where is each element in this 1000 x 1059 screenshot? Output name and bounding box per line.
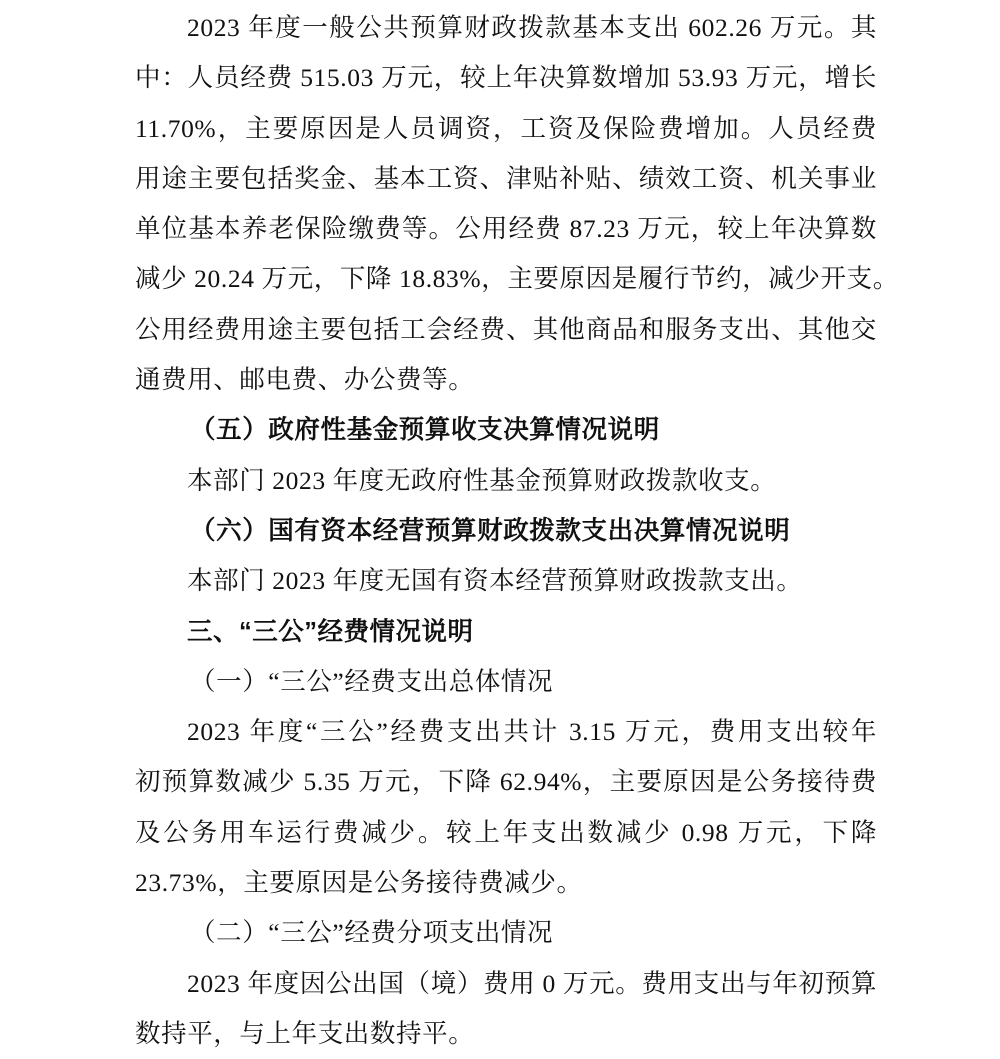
text-line: 初预算数减少 5.35 万元，下降 62.94%，主要原因是公务接待费	[135, 757, 877, 807]
subheading-state-capital: （六）国有资本经营预算财政拨款支出决算情况说明	[135, 506, 877, 556]
text-line: 通费用、邮电费、办公费等。	[135, 355, 877, 405]
text-line: 减少 20.24 万元，下降 18.83%，主要原因是履行节约，减少开支。	[135, 254, 895, 304]
subheading-government-fund: （五）政府性基金预算收支决算情况说明	[135, 405, 877, 455]
text-line: 及公务用车运行费减少。较上年支出数减少 0.98 万元，下降	[135, 808, 877, 858]
text-line: 2023 年度因公出国（境）费用 0 万元。费用支出与年初预算	[135, 959, 877, 1009]
text-line: 11.70%，主要原因是人员调资，工资及保险费增加。人员经费	[135, 104, 877, 154]
paragraph-overseas-travel: 2023 年度因公出国（境）费用 0 万元。费用支出与年初预算 数持平，与上年支…	[135, 959, 877, 1059]
section-heading-three-public: 三、“三公”经费情况说明	[135, 607, 877, 657]
paragraph-three-public-overall: 2023 年度“三公”经费支出共计 3.15 万元，费用支出较年 初预算数减少 …	[135, 707, 877, 908]
subheading-overall: （一）“三公”经费支出总体情况	[135, 657, 877, 707]
document-page: 2023 年度一般公共预算财政拨款基本支出 602.26 万元。其 中：人员经费…	[135, 3, 877, 1059]
text-line: 本部门 2023 年度无国有资本经营预算财政拨款支出。	[135, 556, 877, 606]
paragraph-basic-expenditure: 2023 年度一般公共预算财政拨款基本支出 602.26 万元。其 中：人员经费…	[135, 3, 877, 405]
text-line: 数持平，与上年支出数持平。	[135, 1009, 877, 1059]
text-line: 本部门 2023 年度无政府性基金预算财政拨款收支。	[135, 456, 877, 506]
text-line: 23.73%，主要原因是公务接待费减少。	[135, 858, 877, 908]
text-line: 2023 年度“三公”经费支出共计 3.15 万元，费用支出较年	[135, 707, 877, 757]
text-line: 公用经费用途主要包括工会经费、其他商品和服务支出、其他交	[135, 305, 877, 355]
text-line: 中：人员经费 515.03 万元，较上年决算数增加 53.93 万元，增长	[135, 53, 877, 103]
subheading-itemized: （二）“三公”经费分项支出情况	[135, 908, 877, 958]
text-line: 2023 年度一般公共预算财政拨款基本支出 602.26 万元。其	[135, 3, 877, 53]
text-line: 单位基本养老保险缴费等。公用经费 87.23 万元，较上年决算数	[135, 204, 877, 254]
text-line: 用途主要包括奖金、基本工资、津贴补贴、绩效工资、机关事业	[135, 154, 877, 204]
